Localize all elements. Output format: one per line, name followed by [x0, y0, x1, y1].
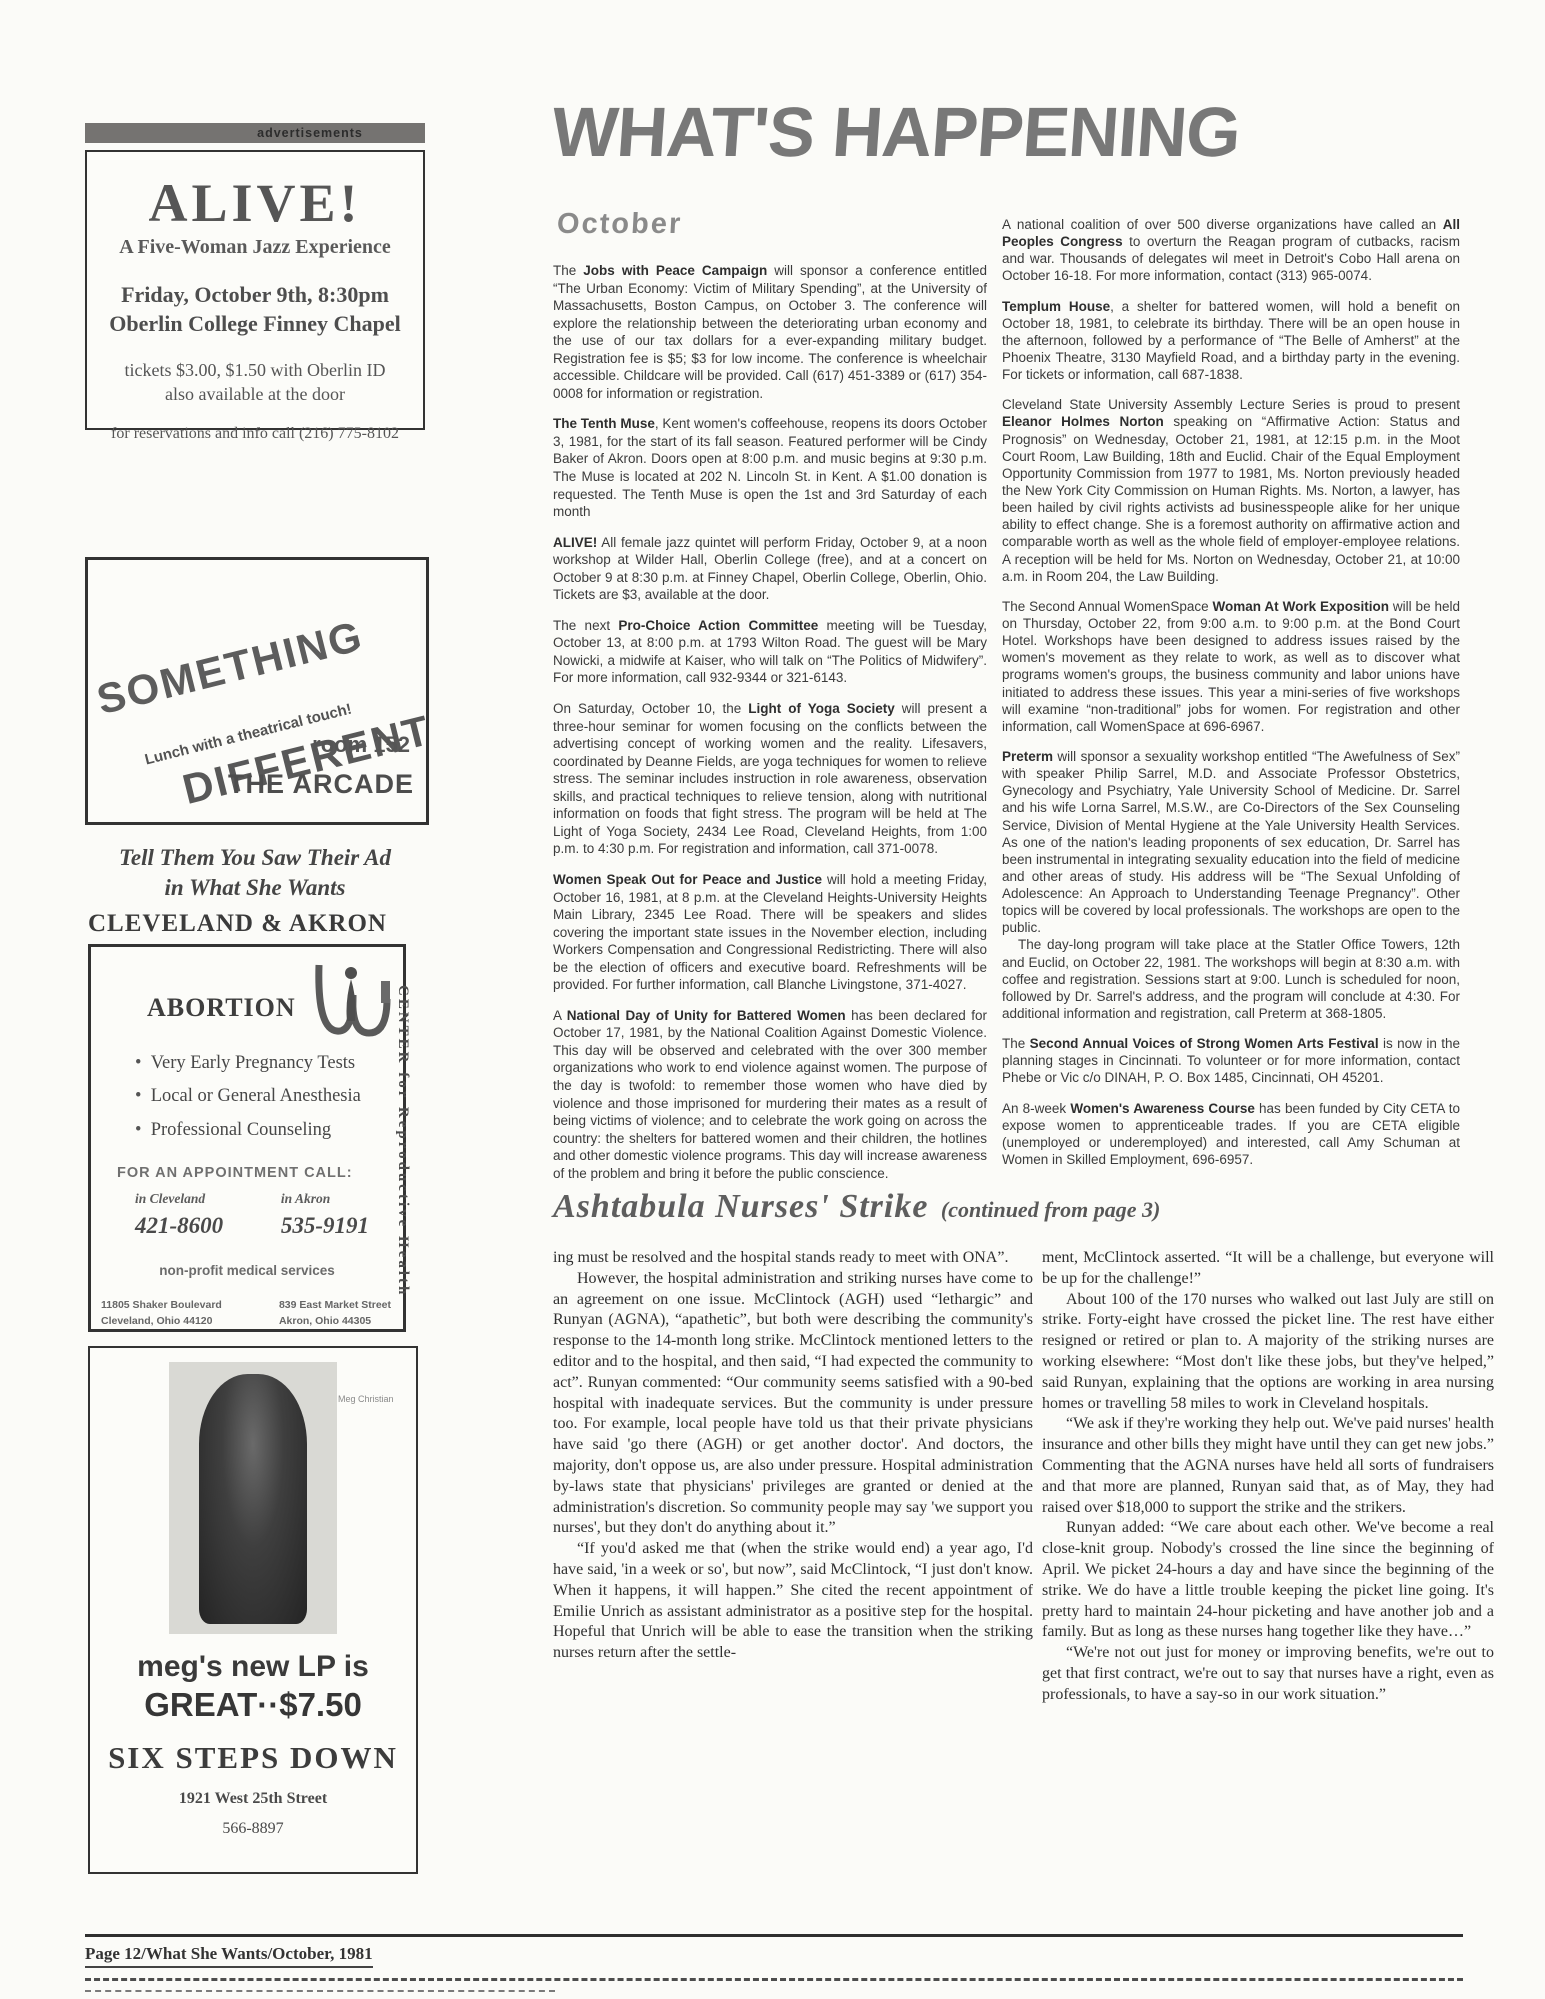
- event-paragraph: ALIVE! All female jazz quintet will perf…: [553, 534, 987, 604]
- service-item: Professional Counseling: [135, 1114, 403, 1147]
- article-paragraph: “If you'd asked me that (when the strike…: [553, 1539, 1033, 1664]
- event-paragraph: Templum House, a shelter for battered wo…: [1002, 298, 1460, 384]
- alive-ad-ticket-door: also available at the door: [87, 382, 423, 406]
- tell-them-note: Tell Them You Saw Their Ad in What She W…: [90, 843, 420, 903]
- cleveland-phone-block: in Cleveland 421-8600: [135, 1191, 223, 1239]
- cleveland-label: in Cleveland: [135, 1191, 223, 1207]
- event-paragraph-continued: The day-long program will take place at …: [1002, 936, 1460, 1022]
- store-name: SIX STEPS DOWN: [90, 1740, 416, 1776]
- footer-dashed-line-short: [85, 1990, 555, 1992]
- strike-column-1: ing must be resolved and the hospital st…: [553, 1248, 1033, 1918]
- addresses: 11805 Shaker Boulevard Cleveland, Ohio 4…: [101, 1298, 391, 1330]
- akron-phone-block: in Akron 535-9191: [281, 1191, 369, 1239]
- page-title: WHAT'S HAPPENING: [549, 92, 1485, 172]
- akron-city: Akron, Ohio 44305: [279, 1314, 391, 1330]
- alive-jazz-ad: ALIVE! A Five-Woman Jazz Experience Frid…: [85, 150, 425, 430]
- article-paragraph: Runyan added: “We care about each other.…: [1042, 1518, 1494, 1643]
- strike-article-heading: Ashtabula Nurses' Strike (continued from…: [553, 1188, 1493, 1226]
- cleveland-address: 11805 Shaker Boulevard Cleveland, Ohio 4…: [101, 1298, 222, 1330]
- cleveland-city: Cleveland, Ohio 44120: [101, 1314, 222, 1330]
- article-paragraph: However, the hospital administration and…: [553, 1269, 1033, 1539]
- something-venue: THE ARCADE: [228, 769, 414, 800]
- article-paragraph: “We ask if they're working they help out…: [1042, 1414, 1494, 1518]
- service-item: Local or General Anesthesia: [135, 1080, 403, 1113]
- abortion-services-list: Very Early Pregnancy Tests Local or Gene…: [135, 1047, 403, 1147]
- event-paragraph: Cleveland State University Assembly Lect…: [1002, 396, 1460, 585]
- event-paragraph: The Second Annual WomenSpace Woman At Wo…: [1002, 598, 1460, 735]
- store-address: 1921 West 25th Street: [90, 1790, 416, 1808]
- something-room: room 152: [312, 732, 410, 758]
- alive-ad-ticket-price: tickets $3.00, $1.50 with Oberlin ID: [87, 358, 423, 382]
- something-different-ad: SOMETHING Lunch with a theatrical touch!…: [85, 557, 429, 825]
- cleveland-phone: 421-8600: [135, 1213, 223, 1239]
- akron-street: 839 East Market Street: [279, 1298, 391, 1314]
- megs-line1: meg's new LP is: [90, 1650, 416, 1684]
- footer-rule: [85, 1934, 1463, 1937]
- event-paragraph: The Tenth Muse, Kent women's coffeehouse…: [553, 415, 987, 520]
- region-label: CLEVELAND & AKRON: [88, 910, 387, 938]
- event-paragraph: An 8-week Women's Awareness Course has b…: [1002, 1100, 1460, 1169]
- event-paragraph: A national coalition of over 500 diverse…: [1002, 216, 1460, 285]
- event-paragraph: The next Pro-Choice Action Committee mee…: [553, 617, 987, 687]
- nonprofit-note: non-profit medical services: [91, 1263, 403, 1278]
- event-paragraph: Women Speak Out for Peace and Justice wi…: [553, 871, 987, 994]
- advertisements-label: advertisements: [85, 123, 425, 143]
- cleveland-street: 11805 Shaker Boulevard: [101, 1298, 222, 1314]
- alive-ad-date: Friday, October 9th, 8:30pm: [87, 281, 423, 310]
- article-paragraph: ment, McClintock asserted. “It will be a…: [1042, 1248, 1494, 1290]
- event-paragraph: The Second Annual Voices of Strong Women…: [1002, 1035, 1460, 1086]
- october-column-1: The Jobs with Peace Campaign will sponso…: [553, 262, 987, 1190]
- strike-column-2: ment, McClintock asserted. “It will be a…: [1042, 1248, 1494, 1918]
- tell-them-line2: in What She Wants: [90, 873, 420, 903]
- event-paragraph: A National Day of Unity for Battered Wom…: [553, 1007, 987, 1182]
- phone-numbers: in Cleveland 421-8600 in Akron 535-9191: [135, 1191, 369, 1239]
- article-paragraph: About 100 of the 170 nurses who walked o…: [1042, 1290, 1494, 1415]
- meg-photo-caption: Meg Christian: [338, 1394, 400, 1406]
- center-reproductive-health-vertical: CENTER for Reproductive Health: [394, 950, 411, 1332]
- alive-ad-subtitle: A Five-Woman Jazz Experience: [87, 236, 423, 259]
- alive-ad-title: ALIVE!: [87, 172, 423, 234]
- akron-label: in Akron: [281, 1191, 369, 1207]
- strike-continued-note: (continued from page 3): [941, 1197, 1160, 1222]
- event-paragraph: Preterm will sponsor a sexuality worksho…: [1002, 748, 1460, 937]
- footer-dashed-line: [85, 1978, 1463, 1981]
- article-paragraph: ing must be resolved and the hospital st…: [553, 1248, 1033, 1269]
- meg-christian-photo: [169, 1362, 337, 1634]
- october-column-2: A national coalition of over 500 diverse…: [1002, 216, 1460, 1178]
- alive-ad-phone: for reservations and info call (216) 775…: [87, 425, 423, 443]
- article-paragraph: “We're not out just for money or improvi…: [1042, 1643, 1494, 1705]
- month-section-heading: October: [556, 208, 683, 241]
- women-figures-logo: [307, 951, 399, 1060]
- strike-article-title: Ashtabula Nurses' Strike: [553, 1188, 928, 1225]
- akron-phone: 535-9191: [281, 1213, 369, 1239]
- event-paragraph: On Saturday, October 10, the Light of Yo…: [553, 700, 987, 858]
- megs-price: GREAT··$7.50: [90, 1686, 416, 1724]
- akron-address: 839 East Market Street Akron, Ohio 44305: [279, 1298, 391, 1330]
- alive-ad-venue: Oberlin College Finney Chapel: [87, 310, 423, 339]
- event-paragraph: The Jobs with Peace Campaign will sponso…: [553, 262, 987, 402]
- appointment-call-label: FOR AN APPOINTMENT CALL:: [117, 1165, 403, 1181]
- megs-lp-ad: Meg Christian meg's new LP is GREAT··$7.…: [88, 1346, 418, 1874]
- alive-ad-datetime: Friday, October 9th, 8:30pm Oberlin Coll…: [87, 281, 423, 338]
- newspaper-page: advertisements ALIVE! A Five-Woman Jazz …: [0, 0, 1545, 1999]
- page-footer: Page 12/What She Wants/October, 1981: [85, 1944, 373, 1968]
- alive-ad-tickets: tickets $3.00, $1.50 with Oberlin ID als…: [87, 358, 423, 407]
- tell-them-line1: Tell Them You Saw Their Ad: [90, 843, 420, 873]
- abortion-services-ad: ABORTION Very Early Pregnancy Tests Loca…: [88, 944, 406, 1332]
- store-phone: 566-8897: [90, 1820, 416, 1838]
